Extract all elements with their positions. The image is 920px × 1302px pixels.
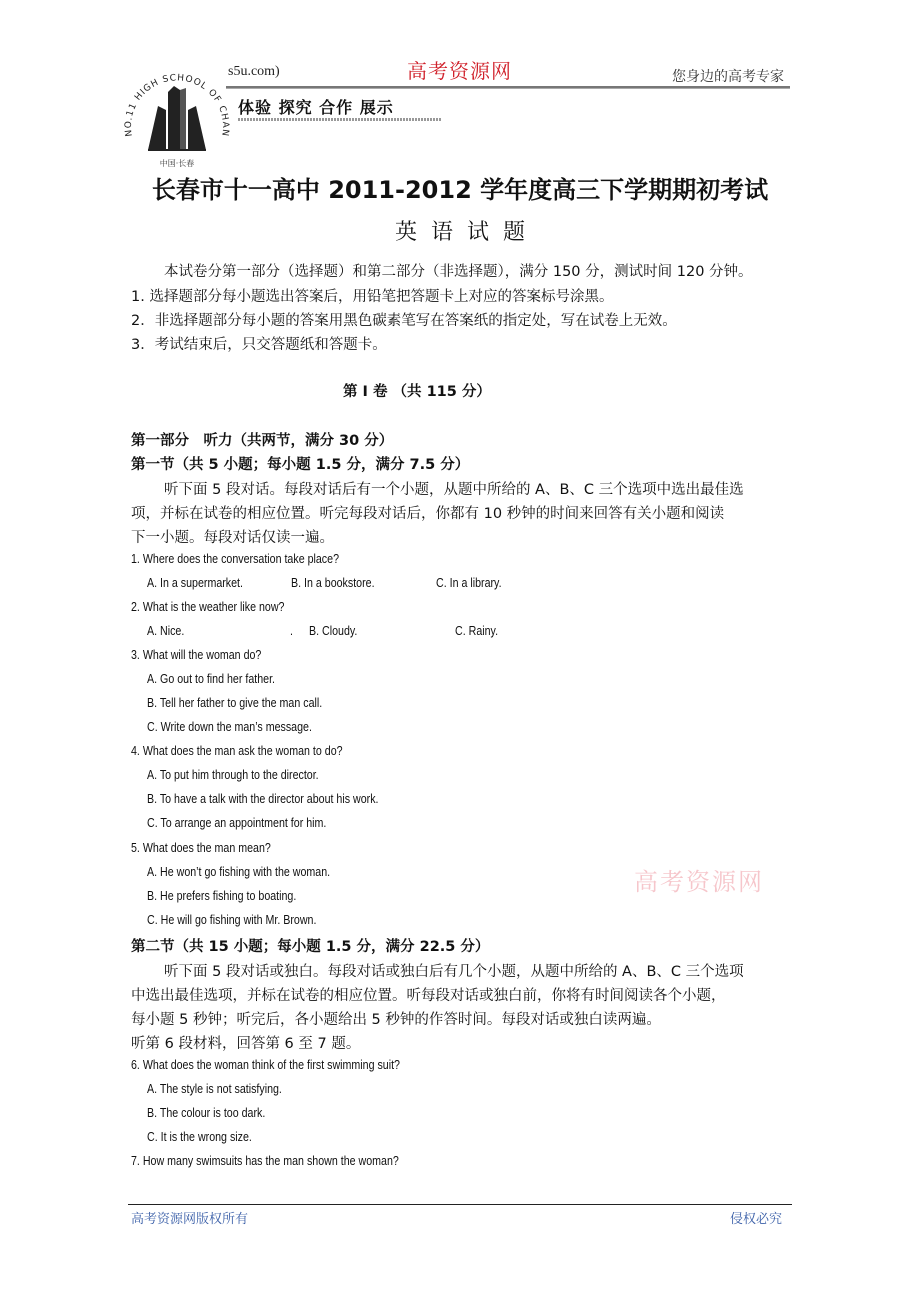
question-stem: 7. How many swimsuits has the man shown …: [131, 1153, 399, 1168]
footer-copyright: 高考资源网版权所有: [131, 1208, 248, 1227]
motto-underline: [238, 118, 442, 121]
exam-title: 长春市十一高中 2011-2012 学年度高三下学期期初考试: [0, 170, 920, 205]
header-url-fragment: s5u.com): [228, 64, 280, 80]
watermark: 高考资源网: [634, 862, 764, 897]
question-option: A. In a supermarket.: [147, 575, 243, 590]
question-option: C. It is the wrong size.: [147, 1129, 252, 1144]
instruction-item: 3．考试结束后，只交答题纸和答题卡。: [131, 333, 387, 354]
section2-directions: 每小题 5 秒钟；听完后，各小题给出 5 秒钟的作答时间。每段对话或独白读两遍。: [131, 1008, 661, 1029]
question-option: B. The colour is too dark.: [147, 1105, 265, 1120]
question-stem: 4. What does the man ask the woman to do…: [131, 743, 343, 758]
question-stem: 6. What does the woman think of the firs…: [131, 1057, 400, 1072]
instruction-item: 2．非选择题部分每小题的答案用黑色碳素笔写在答案纸的指定处，写在试卷上无效。: [131, 309, 677, 330]
footer-rights: 侵权必究: [730, 1208, 782, 1227]
question-option: A. To put him through to the director.: [147, 767, 319, 782]
school-logo: NO.11 HIGH SCHOOL OF CHANG CHUN 中国·长春: [118, 58, 236, 170]
question-option: A. Nice.: [147, 623, 184, 638]
section1-directions: 项，并标在试卷的相应位置。听完每段对话后，你都有 10 秒钟的时间来回答有关小题…: [131, 502, 724, 523]
question-option: B. To have a talk with the director abou…: [147, 791, 378, 806]
question-option: B. He prefers fishing to boating.: [147, 888, 296, 903]
section1-directions: 听下面 5 段对话。每段对话后有一个小题，从题中所给的 A、B、C 三个选项中选…: [164, 478, 744, 499]
section1-heading: 第一节（共 5 小题；每小题 1.5 分，满分 7.5 分）: [131, 453, 469, 474]
exam-subject: 英语试题: [0, 215, 920, 246]
school-motto: 体验 探究 合作 展示: [238, 95, 394, 118]
question-option: C. To arrange an appointment for him.: [147, 815, 326, 830]
instructions-intro: 本试卷分第一部分（选择题）和第二部分（非选择题），满分 150 分，测试时间 1…: [164, 260, 753, 281]
header-slogan: 您身边的高考专家: [672, 66, 784, 86]
question-option: C. Write down the man’s message.: [147, 719, 312, 734]
question-option: B. In a bookstore.: [291, 575, 375, 590]
question-option: C. Rainy.: [455, 623, 498, 638]
question-option: C. In a library.: [436, 575, 502, 590]
question-stem: 1. Where does the conversation take plac…: [131, 551, 339, 566]
question-option: C. He will go fishing with Mr. Brown.: [147, 912, 316, 927]
section2-directions: 听下面 5 段对话或独白。每段对话或独白后有几个小题，从题中所给的 A、B、C …: [164, 960, 744, 981]
header-brand: 高考资源网: [407, 55, 512, 84]
footer-divider: [128, 1204, 792, 1205]
question-stem: 2. What is the weather like now?: [131, 599, 284, 614]
instruction-item: 1. 选择题部分每小题选出答案后，用铅笔把答题卡上对应的答案标号涂黑。: [131, 285, 613, 306]
question-stem: 5. What does the man mean?: [131, 840, 271, 855]
stray-mark: .: [290, 623, 293, 638]
volume-heading: 第 I 卷 （共 115 分）: [343, 380, 491, 401]
material-note: 听第 6 段材料，回答第 6 至 7 题。: [131, 1032, 360, 1053]
question-option: A. The style is not satisfying.: [147, 1081, 282, 1096]
section2-heading: 第二节（共 15 小题；每小题 1.5 分，满分 22.5 分）: [131, 935, 489, 956]
question-option: B. Cloudy.: [309, 623, 357, 638]
header-divider: [226, 86, 790, 89]
logo-caption: 中国·长春: [160, 158, 195, 168]
question-option: A. He won’t go fishing with the woman.: [147, 864, 330, 879]
section2-directions: 中选出最佳选项，并标在试卷的相应位置。听每段对话或独白前，你将有时间阅读各个小题…: [131, 984, 726, 1005]
question-option: A. Go out to find her father.: [147, 671, 275, 686]
section1-directions: 下一小题。每段对话仅读一遍。: [131, 526, 334, 547]
question-option: B. Tell her father to give the man call.: [147, 695, 322, 710]
question-stem: 3. What will the woman do?: [131, 647, 261, 662]
part1-heading: 第一部分 听力（共两节，满分 30 分）: [131, 429, 393, 450]
